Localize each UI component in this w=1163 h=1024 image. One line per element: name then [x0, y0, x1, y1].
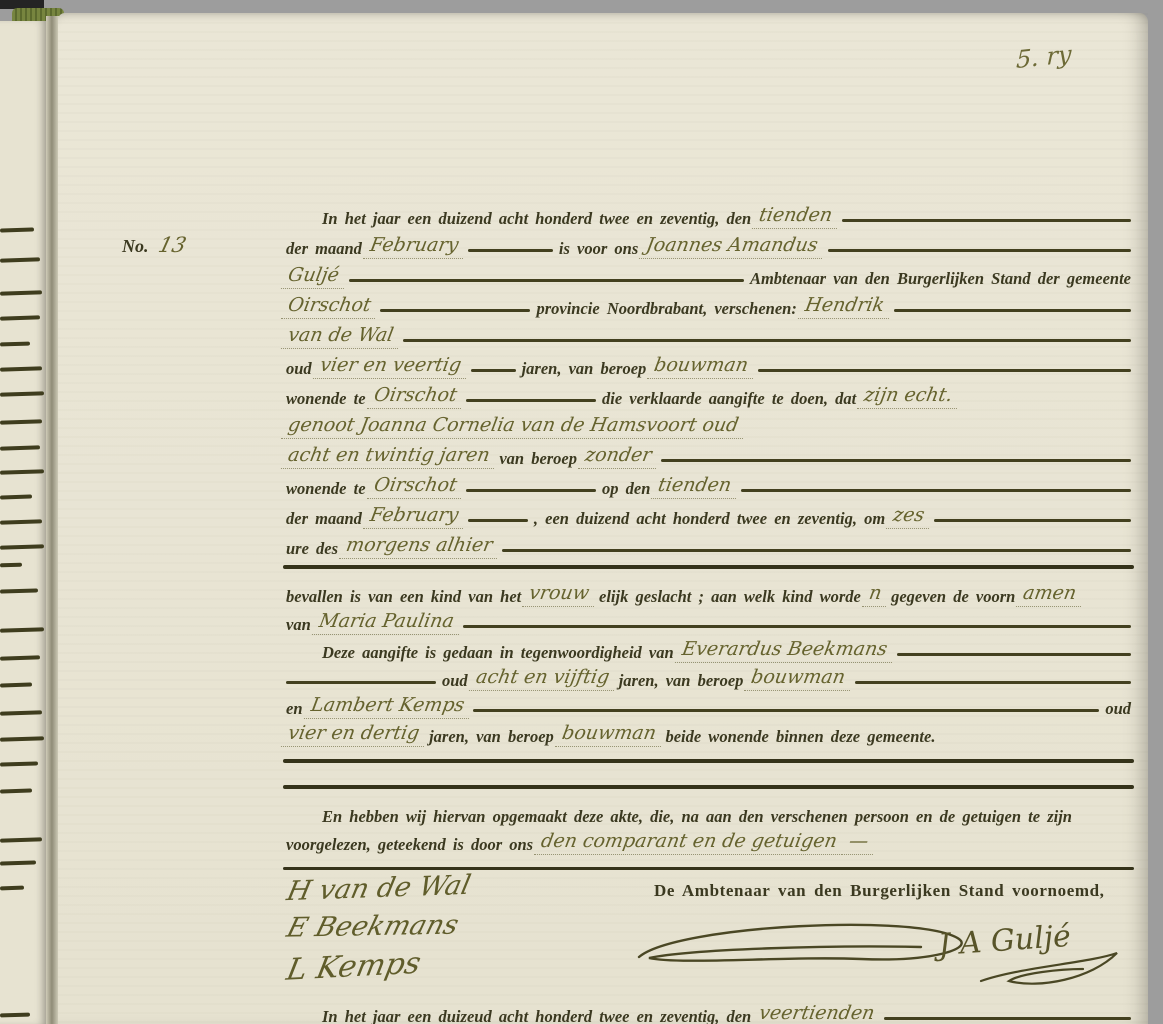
- section-divider: [283, 785, 1134, 789]
- handwritten-text: —: [842, 831, 877, 855]
- facing-page-rule-end: [0, 563, 22, 568]
- facing-page-rule-end: [0, 519, 42, 524]
- record-number-value: 13: [156, 233, 189, 257]
- printed-text: jaren, van beroep: [519, 359, 650, 379]
- facing-page-rule-end: [0, 445, 40, 450]
- next-act-opening: In het jaar een duizeud acht honderd twe…: [283, 997, 1134, 1024]
- fill-in-rule: [884, 1017, 1131, 1020]
- printed-text: provincie Noordbrabant, verschenen:: [533, 299, 799, 319]
- handwritten-text: vier en veertig: [313, 355, 470, 379]
- facing-page-rule-end: [0, 860, 36, 865]
- fill-in-rule: [468, 519, 528, 522]
- act-line: wonende teOirschotop dentienden: [283, 469, 1134, 499]
- witness-signature: H van de Wal: [284, 870, 474, 907]
- printed-text: oud: [1102, 699, 1134, 719]
- register-book-scan: 5. ry No. 13 In het jaar een duizend ach…: [0, 0, 1163, 1024]
- fill-in-rule: [468, 249, 553, 252]
- facing-page-rule-end: [0, 257, 40, 262]
- handwritten-text: Oirschot: [366, 475, 465, 499]
- signature-flourish-icon: [639, 925, 962, 961]
- printed-text: oud: [439, 671, 471, 691]
- facing-page-rule-end: [0, 837, 42, 842]
- birth-act-opening: In het jaar een duizend acht honderd twe…: [283, 199, 1134, 559]
- printed-text: oud: [283, 359, 315, 379]
- printed-text: jaren, van beroep: [426, 727, 557, 747]
- facing-page-rule-end: [0, 788, 32, 793]
- handwritten-text: veertienden: [752, 1003, 883, 1024]
- section-divider: [283, 759, 1134, 763]
- act-line: enLambert Kempsoud: [283, 691, 1134, 719]
- facing-page-rule-end: [0, 494, 32, 499]
- act-line: van de Wal: [283, 319, 1134, 349]
- facing-page-rule-end: [0, 290, 42, 295]
- witness-signature: E Beekmans: [283, 909, 474, 943]
- act-line: wonende teOirschotdie verklaarde aangift…: [283, 379, 1134, 409]
- fill-in-rule: [403, 339, 1131, 342]
- act-line: genoot Joanna Cornelia van de Hamsvoort …: [283, 409, 1134, 439]
- handwritten-text: vier en dertig: [281, 723, 428, 747]
- facing-page-rule-end: [0, 886, 24, 891]
- birth-act-closing: En hebben wij hiervan opgemaakt deze akt…: [283, 799, 1134, 855]
- facing-page-rule-end: [0, 342, 30, 347]
- fill-in-rule: [473, 709, 1099, 712]
- fill-in-rule: [741, 489, 1131, 492]
- fill-in-rule: [466, 399, 596, 402]
- handwritten-text: bouwman: [744, 667, 854, 691]
- handwritten-text: Guljé: [281, 265, 348, 289]
- handwritten-text: Oirschot: [281, 295, 380, 319]
- facing-page-rule-end: [0, 419, 42, 424]
- handwritten-text: tienden: [651, 475, 740, 499]
- officiant-signature: J A Guljé: [621, 905, 1133, 1006]
- facing-page-rule-end: [0, 315, 40, 320]
- handwritten-text: zonder: [578, 445, 660, 469]
- printed-text: bevallen is van een kind van het: [283, 587, 524, 607]
- register-page: 5. ry No. 13 In het jaar een duizend ach…: [58, 13, 1148, 1024]
- facing-page-rule-end: [0, 544, 44, 549]
- facing-page-rule-end: [0, 366, 42, 371]
- officiant-title: De Ambtenaar van den Burgerlijken Stand …: [654, 881, 1105, 901]
- facing-page-edge: [0, 21, 46, 1024]
- act-line: vier en dertigjaren, van beroepbouwmanbe…: [283, 719, 1134, 747]
- handwritten-text: amen: [1016, 583, 1085, 607]
- act-line: In het jaar een duizeud acht honderd twe…: [283, 997, 1134, 1024]
- facing-page-rule-end: [0, 710, 42, 715]
- handwritten-text: tienden: [752, 205, 841, 229]
- record-number-label: No.: [122, 236, 149, 256]
- fill-in-rule: [894, 309, 1131, 312]
- fill-in-rule: [502, 549, 1131, 552]
- facing-page-rule-end: [0, 761, 38, 766]
- facing-page-rule-end: [0, 655, 40, 660]
- act-line: Oirschotprovincie Noordbrabant, verschen…: [283, 289, 1134, 319]
- fill-in-rule: [471, 369, 516, 372]
- handwritten-text: Maria Paulina: [312, 611, 463, 635]
- record-number: No. 13: [122, 233, 185, 257]
- facing-page-rule-end: [0, 682, 32, 687]
- handwritten-text: morgens alhier: [339, 535, 501, 559]
- act-line: In het jaar een duizend acht honderd twe…: [283, 199, 1134, 229]
- act-line: oudacht en vijftigjaren, van beroepbouwm…: [283, 663, 1134, 691]
- handwritten-text: Hendrik: [798, 295, 893, 319]
- fill-in-rule: [349, 279, 744, 282]
- facing-page-rule-end: [0, 391, 44, 396]
- facing-page-rule-end: [0, 588, 38, 593]
- section-divider: [283, 867, 1134, 870]
- act-line: Deze aangifte is gedaan in tegenwoordigh…: [283, 635, 1134, 663]
- printed-text: Ambtenaar van den Burgerlijken Stand der…: [747, 269, 1134, 289]
- fill-in-rule: [466, 489, 596, 492]
- printed-text: gegeven de voorn: [888, 587, 1018, 607]
- fill-in-rule: [855, 681, 1131, 684]
- handwritten-text: n: [862, 583, 890, 607]
- handwritten-text: zes: [886, 505, 933, 529]
- printed-text: wonende te: [283, 389, 369, 409]
- printed-text: In het jaar een duizeud acht honderd twe…: [319, 1007, 754, 1024]
- handwritten-text: van de Wal: [281, 325, 402, 349]
- act-line: GuljéAmbtenaar van den Burgerlijken Stan…: [283, 259, 1134, 289]
- witness-signatures: H van de WalE BeekmansL Kemps: [288, 873, 469, 983]
- handwritten-text: bouwman: [647, 355, 757, 379]
- handwritten-text: Everardus Beekmans: [675, 639, 896, 663]
- fill-in-rule: [463, 625, 1131, 628]
- printed-text: jaren, van beroep: [616, 671, 747, 691]
- facing-page-rule-end: [0, 736, 44, 741]
- act-line: bevallen is van een kind van hetvrouweli…: [283, 579, 1134, 607]
- handwritten-text: vrouw: [522, 583, 598, 607]
- printed-text: en: [283, 699, 306, 719]
- printed-text: der maand: [283, 239, 365, 259]
- fill-in-rule: [934, 519, 1131, 522]
- handwritten-text: February: [363, 505, 467, 529]
- handwritten-text: Joannes Amandus: [639, 235, 827, 259]
- handwritten-text: bouwman: [555, 723, 665, 747]
- fill-in-rule: [897, 653, 1132, 656]
- printed-text: In het jaar een duizend acht honderd twe…: [319, 209, 754, 229]
- printed-text: Deze aangifte is gedaan in tegenwoordigh…: [319, 643, 677, 663]
- handwritten-text: Oirschot: [366, 385, 465, 409]
- act-line: der maandFebruaryis voor onsJoannes Aman…: [283, 229, 1134, 259]
- fill-in-rule: [286, 681, 436, 684]
- printed-text: van beroep: [496, 449, 580, 469]
- printed-text: op den: [599, 479, 653, 499]
- handwritten-text: genoot Joanna Cornelia van de Hamsvoort …: [281, 415, 747, 439]
- handwritten-text: acht en twintig jaren: [281, 445, 499, 469]
- witness-signature: L Kemps: [283, 943, 473, 987]
- act-line: ure desmorgens alhier: [283, 529, 1134, 559]
- fill-in-rule: [828, 249, 1131, 252]
- printed-text: wonende te: [283, 479, 369, 499]
- act-line: acht en twintig jarenvan beroepzonder: [283, 439, 1134, 469]
- fill-in-rule: [380, 309, 530, 312]
- printed-text: elijk geslacht ; aan welk kind worde: [596, 587, 864, 607]
- handwritten-text: February: [363, 235, 467, 259]
- act-line: voorgelezen, geteekend is door onsden co…: [283, 827, 1134, 855]
- printed-text: van: [283, 615, 314, 635]
- birth-act-child-and-witnesses: bevallen is van een kind van hetvrouweli…: [283, 579, 1134, 747]
- printed-text: ure des: [283, 539, 341, 559]
- act-line: oudvier en veertigjaren, van beroepbouwm…: [283, 349, 1134, 379]
- section-divider: [283, 565, 1134, 569]
- printed-text: voorgelezen, geteekend is door ons: [283, 835, 536, 855]
- printed-text: En hebben wij hiervan opgemaakt deze akt…: [319, 807, 1075, 827]
- fill-in-rule: [661, 459, 1131, 462]
- officiant-signature-name: J A Guljé: [931, 919, 1072, 964]
- handwritten-text: zijn echt.: [857, 385, 961, 409]
- handwritten-text: Lambert Kemps: [303, 695, 472, 719]
- printed-text: , een duizend acht honderd twee en zeven…: [531, 509, 888, 529]
- fill-in-rule: [842, 219, 1131, 222]
- printed-text: beide wonende binnen deze gemeente.: [662, 727, 938, 747]
- act-line: der maandFebruary, een duizend acht hond…: [283, 499, 1134, 529]
- facing-page-rule-end: [0, 1013, 30, 1018]
- printed-text: is voor ons: [556, 239, 641, 259]
- facing-page-rule-end: [0, 627, 44, 632]
- handwritten-text: acht en vijftig: [469, 667, 618, 691]
- handwritten-text: den comparant en de getuigen: [534, 831, 846, 855]
- act-line: En hebben wij hiervan opgemaakt deze akt…: [283, 799, 1134, 827]
- facing-page-rule-end: [0, 469, 44, 474]
- fill-in-rule: [758, 369, 1131, 372]
- margin-annotation: 5. ry: [1016, 40, 1072, 74]
- printed-text: der maand: [283, 509, 365, 529]
- facing-page-rule-end: [0, 227, 34, 232]
- printed-text: die verklaarde aangifte te doen, dat: [599, 389, 859, 409]
- act-line: vanMaria Paulina: [283, 607, 1134, 635]
